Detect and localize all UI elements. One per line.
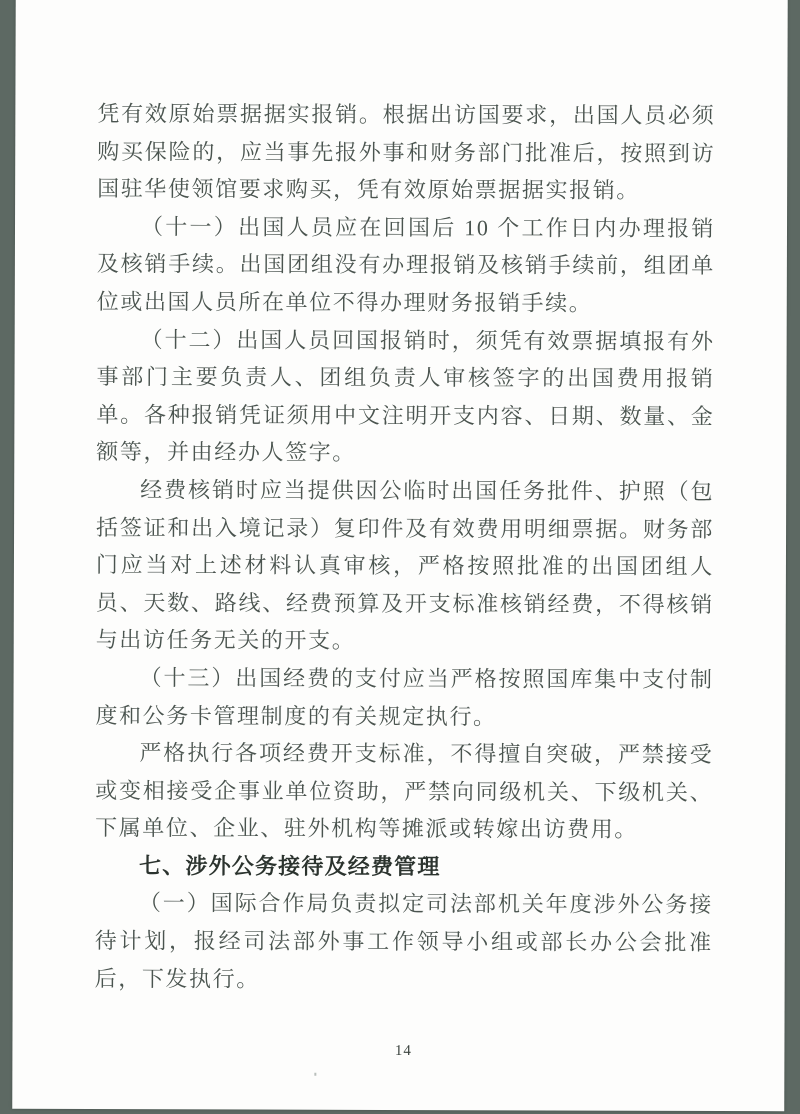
paragraph-item-12: （十二）出国人员回国报销时，须凭有效票据填报有外事部门主要负责人、团组负责人审核… (96, 321, 714, 473)
paragraph-item-1: （一）国际合作局负责拟定司法部机关年度涉外公务接待计划，报经司法部外事工作领导小… (95, 885, 713, 1000)
page-number: 14 (395, 1043, 412, 1059)
scan-artifact (314, 1073, 316, 1076)
paragraph-item-11: （十一）出国人员应在回国后 10 个工作日内办理报销及核销手续。出国团组没有办理… (97, 208, 715, 323)
paragraph-continuation: 凭有效原始票据据实报销。根据出访国要求，出国人员必须购买保险的，应当事先报外事和… (97, 95, 715, 210)
document-body: 凭有效原始票据据实报销。根据出访国要求，出国人员必须购买保险的，应当事先报外事和… (95, 95, 716, 999)
scanned-document-viewport: 凭有效原始票据据实报销。根据出访国要求，出国人员必须购买保险的，应当事先报外事和… (0, 0, 800, 1114)
paragraph-expense-verification: 经费核销时应当提供因公临时出国任务批件、护照（包括签证和出入境记录）复印件及有效… (96, 471, 715, 661)
document-page: 凭有效原始票据据实报销。根据出访国要求，出国人员必须购买保险的，应当事先报外事和… (12, 0, 788, 1111)
section-heading-7: 七、涉外公务接待及经费管理 (95, 847, 713, 887)
paragraph-item-13: （十三）出国经费的支付应当严格按照国库集中支付制度和公务卡管理制度的有关规定执行… (95, 659, 713, 736)
page-footer: 14 (94, 1041, 712, 1061)
paragraph-strict-standards: 严格执行各项经费开支标准，不得擅自突破，严禁接受或变相接受企事业单位资助，严禁向… (95, 734, 713, 849)
